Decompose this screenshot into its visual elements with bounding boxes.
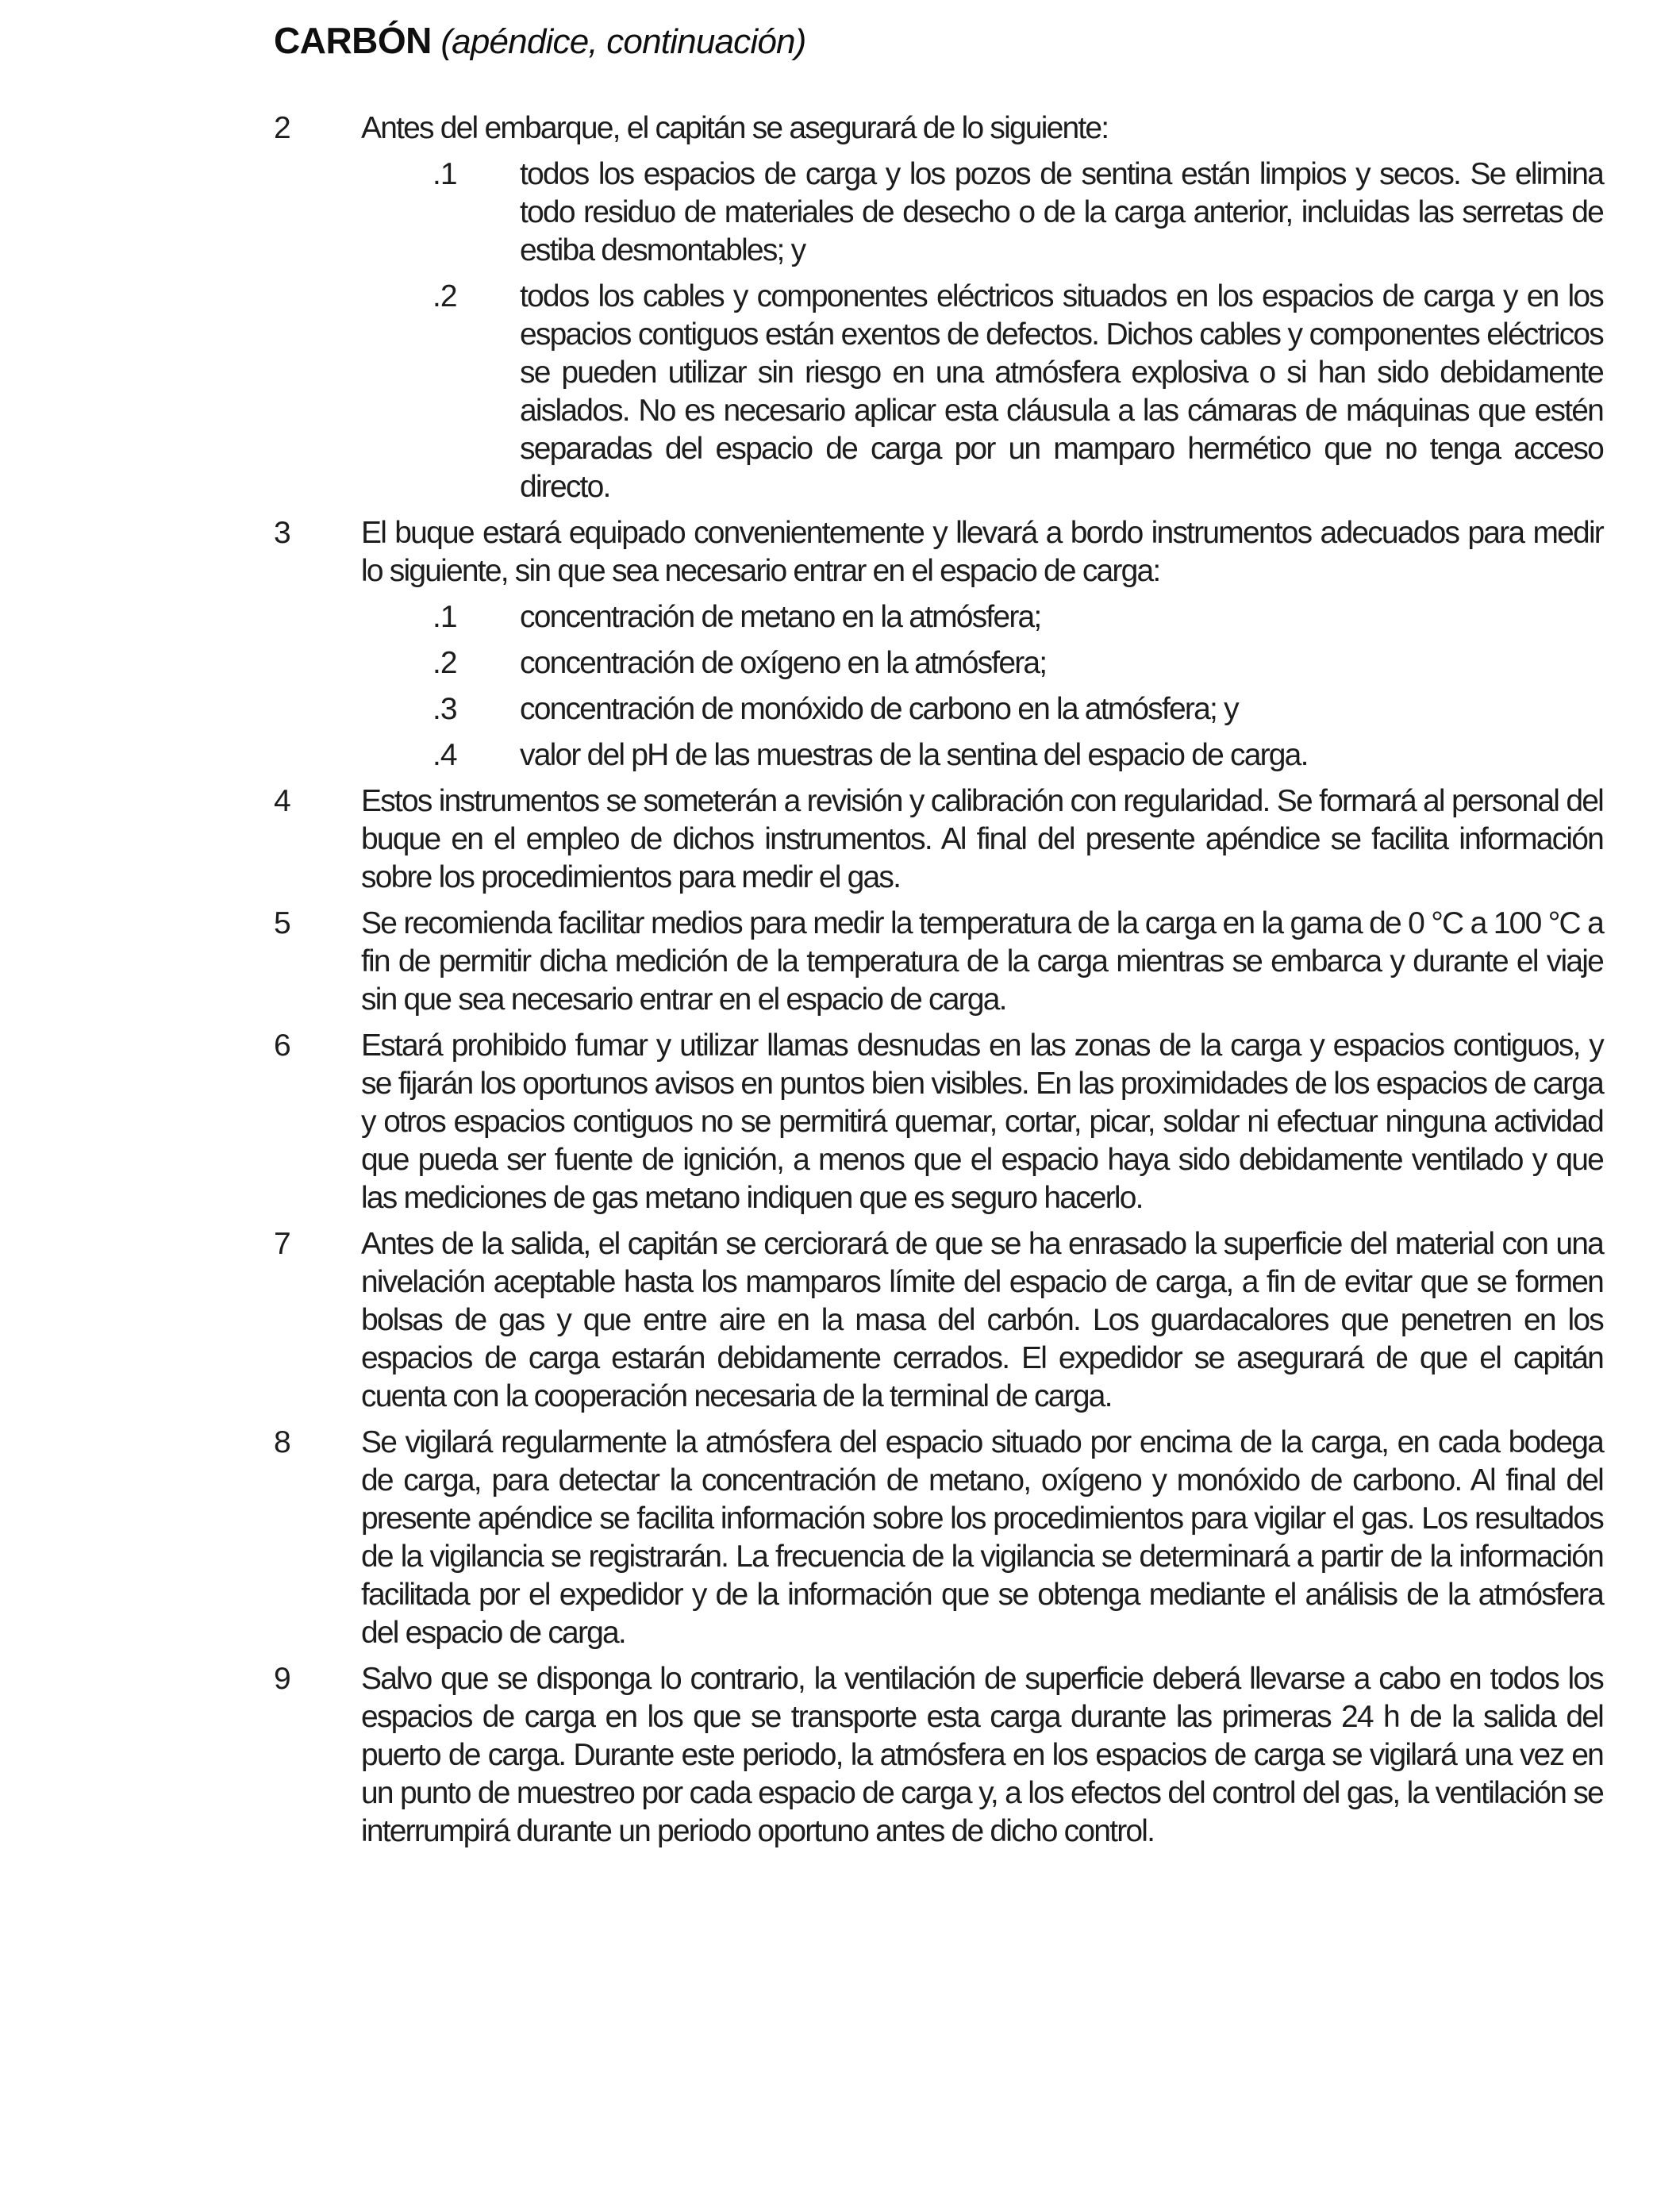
paragraph-text: Se vigilará regularmente la atmósfera de… bbox=[361, 1424, 1603, 1652]
paragraph-text: Antes del embarque, el capitán se asegur… bbox=[361, 110, 1603, 148]
paragraph-number: 6 bbox=[274, 1027, 361, 1217]
paragraph-7: 7 Antes de la salida, el capitán se cerc… bbox=[274, 1225, 1603, 1416]
paragraph-5: 5 Se recomienda facilitar medios para me… bbox=[274, 905, 1603, 1019]
page-title: CARBÓN (apéndice, continuación) bbox=[274, 21, 1603, 62]
subitem-marker: .3 bbox=[432, 690, 520, 729]
subitem-text: valor del pH de las muestras de la senti… bbox=[520, 736, 1603, 775]
subitem-marker: .1 bbox=[432, 156, 520, 270]
subitem-text: todos los espacios de carga y los pozos … bbox=[520, 156, 1603, 270]
document-body: CARBÓN (apéndice, continuación) 2 Antes … bbox=[274, 21, 1603, 1859]
paragraph-2-subitem-1: .1 todos los espacios de carga y los poz… bbox=[432, 156, 1603, 270]
paragraph-number: 5 bbox=[274, 905, 361, 1019]
paragraph-text: Estos instrumentos se someterán a revisi… bbox=[361, 782, 1603, 897]
paragraph-3-subitem-4: .4 valor del pH de las muestras de la se… bbox=[432, 736, 1603, 775]
subitem-marker: .4 bbox=[432, 736, 520, 775]
paragraph-number: 4 bbox=[274, 782, 361, 897]
page-title-suffix: (apéndice, continuación) bbox=[432, 22, 806, 61]
paragraph-2-subitem-2: .2 todos los cables y componentes eléctr… bbox=[432, 278, 1603, 506]
paragraph-number: 8 bbox=[274, 1424, 361, 1652]
subitem-marker: .2 bbox=[432, 278, 520, 506]
paragraph-text: El buque estará equipado convenientement… bbox=[361, 514, 1603, 590]
paragraph-2: 2 Antes del embarque, el capitán se aseg… bbox=[274, 110, 1603, 148]
paragraph-number: 9 bbox=[274, 1660, 361, 1851]
paragraph-number: 3 bbox=[274, 514, 361, 590]
page-title-main: CARBÓN bbox=[274, 20, 432, 61]
paragraph-4: 4 Estos instrumentos se someterán a revi… bbox=[274, 782, 1603, 897]
paragraph-9: 9 Salvo que se disponga lo contrario, la… bbox=[274, 1660, 1603, 1851]
paragraph-6: 6 Estará prohibido fumar y utilizar llam… bbox=[274, 1027, 1603, 1217]
subitem-text: concentración de oxígeno en la atmósfera… bbox=[520, 644, 1603, 682]
paragraph-text: Se recomienda facilitar medios para medi… bbox=[361, 905, 1603, 1019]
paragraph-text: Antes de la salida, el capitán se cercio… bbox=[361, 1225, 1603, 1416]
document-page: { "doc": { "title": { "main": "CARBÓN", … bbox=[0, 0, 1680, 2203]
paragraph-3-subitem-1: .1 concentración de metano en la atmósfe… bbox=[432, 598, 1603, 636]
paragraph-text: Estará prohibido fumar y utilizar llamas… bbox=[361, 1027, 1603, 1217]
paragraph-number: 7 bbox=[274, 1225, 361, 1416]
paragraph-number: 2 bbox=[274, 110, 361, 148]
paragraph-3-subitem-2: .2 concentración de oxígeno en la atmósf… bbox=[432, 644, 1603, 682]
paragraph-3: 3 El buque estará equipado convenienteme… bbox=[274, 514, 1603, 590]
paragraph-text: Salvo que se disponga lo contrario, la v… bbox=[361, 1660, 1603, 1851]
paragraph-8: 8 Se vigilará regularmente la atmósfera … bbox=[274, 1424, 1603, 1652]
paragraph-3-subitem-3: .3 concentración de monóxido de carbono … bbox=[432, 690, 1603, 729]
subitem-marker: .1 bbox=[432, 598, 520, 636]
subitem-text: todos los cables y componentes eléctrico… bbox=[520, 278, 1603, 506]
subitem-text: concentración de metano en la atmósfera; bbox=[520, 598, 1603, 636]
subitem-marker: .2 bbox=[432, 644, 520, 682]
subitem-text: concentración de monóxido de carbono en … bbox=[520, 690, 1603, 729]
